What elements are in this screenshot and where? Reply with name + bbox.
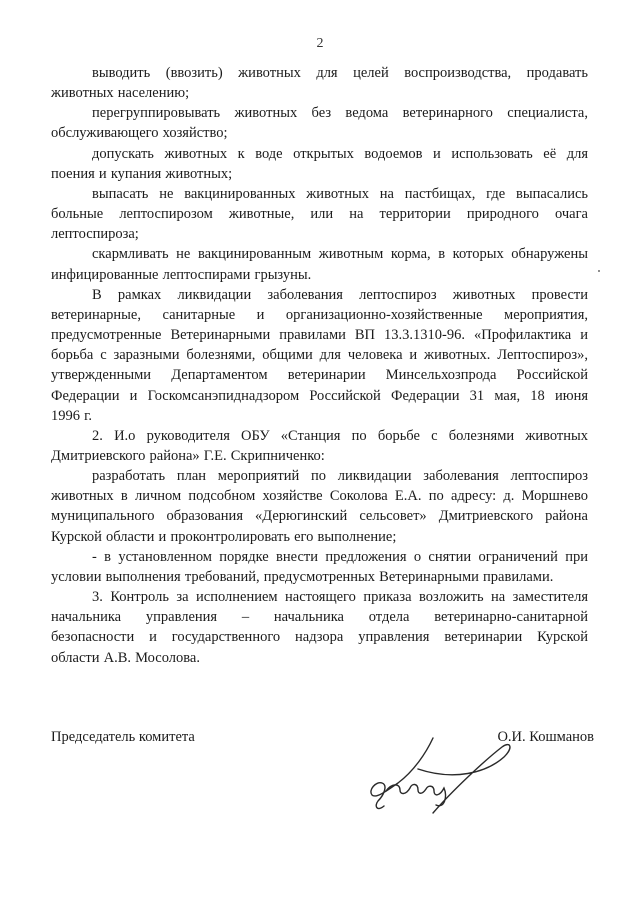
text-line: животных населению; [51,83,588,103]
text-line: больные лептоспирозом животные, или на т… [51,204,588,224]
page-number: 2 [0,36,640,52]
text-line: животных в личном подсобном хозяйстве Со… [51,486,588,506]
text-line: безопасности и государственного надзора … [51,627,588,647]
text-line: 2. И.о руководителя ОБУ «Станция по борь… [51,426,588,446]
text-line: допускать животных к воде открытых водое… [51,144,588,164]
text-line: начальника управления – начальника отдел… [51,607,588,627]
text-line: 1996 г. [51,406,588,426]
text-line: - в установленном порядке внести предлож… [51,547,588,567]
text-line: Дмитриевского района» Г.Е. Скрипниченко: [51,446,588,466]
text-line: муниципального образования «Дерюгинский … [51,506,588,526]
document-page: 2 выводить (ввозить) животных для целей … [0,0,640,905]
text-line: разработать план мероприятий по ликвидац… [51,466,588,486]
text-line: инфицированные лептоспирами грызуны. [51,265,588,285]
text-line: условии выполнения требований, предусмот… [51,567,588,587]
text-line: В рамках ликвидации заболевания лептоспи… [51,285,588,305]
text-line: области А.В. Мосолова. [51,648,588,668]
text-line: обслуживающего хозяйство; [51,123,588,143]
text-line: перегруппировывать животных без ведома в… [51,103,588,123]
text-line: ветеринарные, санитарные и организационн… [51,305,588,325]
signer-title: Председатель комитета [51,729,195,746]
text-line: 3. Контроль за исполнением настоящего пр… [51,587,588,607]
text-line: выводить (ввозить) животных для целей во… [51,63,588,83]
document-body: выводить (ввозить) животных для целей во… [51,63,588,668]
handwritten-signature-icon [322,733,522,823]
text-line: лептоспироза; [51,224,588,244]
text-line: скармливать не вакцинированным животным … [51,244,588,264]
text-line: предусмотренные Ветеринарными правилами … [51,325,588,345]
text-line: борьба с заразными болезнями, общими для… [51,345,588,365]
text-line: поения и купания животных; [51,164,588,184]
text-line: Федерации и Госкомсанэпиднадзором Россий… [51,386,588,406]
scan-artifact-dot [598,270,600,272]
text-line: выпасать не вакцинированных животных на … [51,184,588,204]
text-line: утвержденными Департаментом ветеринарии … [51,365,588,385]
signer-name: О.И. Кошманов [497,729,594,746]
text-line: Курской области и проконтролировать его … [51,527,588,547]
